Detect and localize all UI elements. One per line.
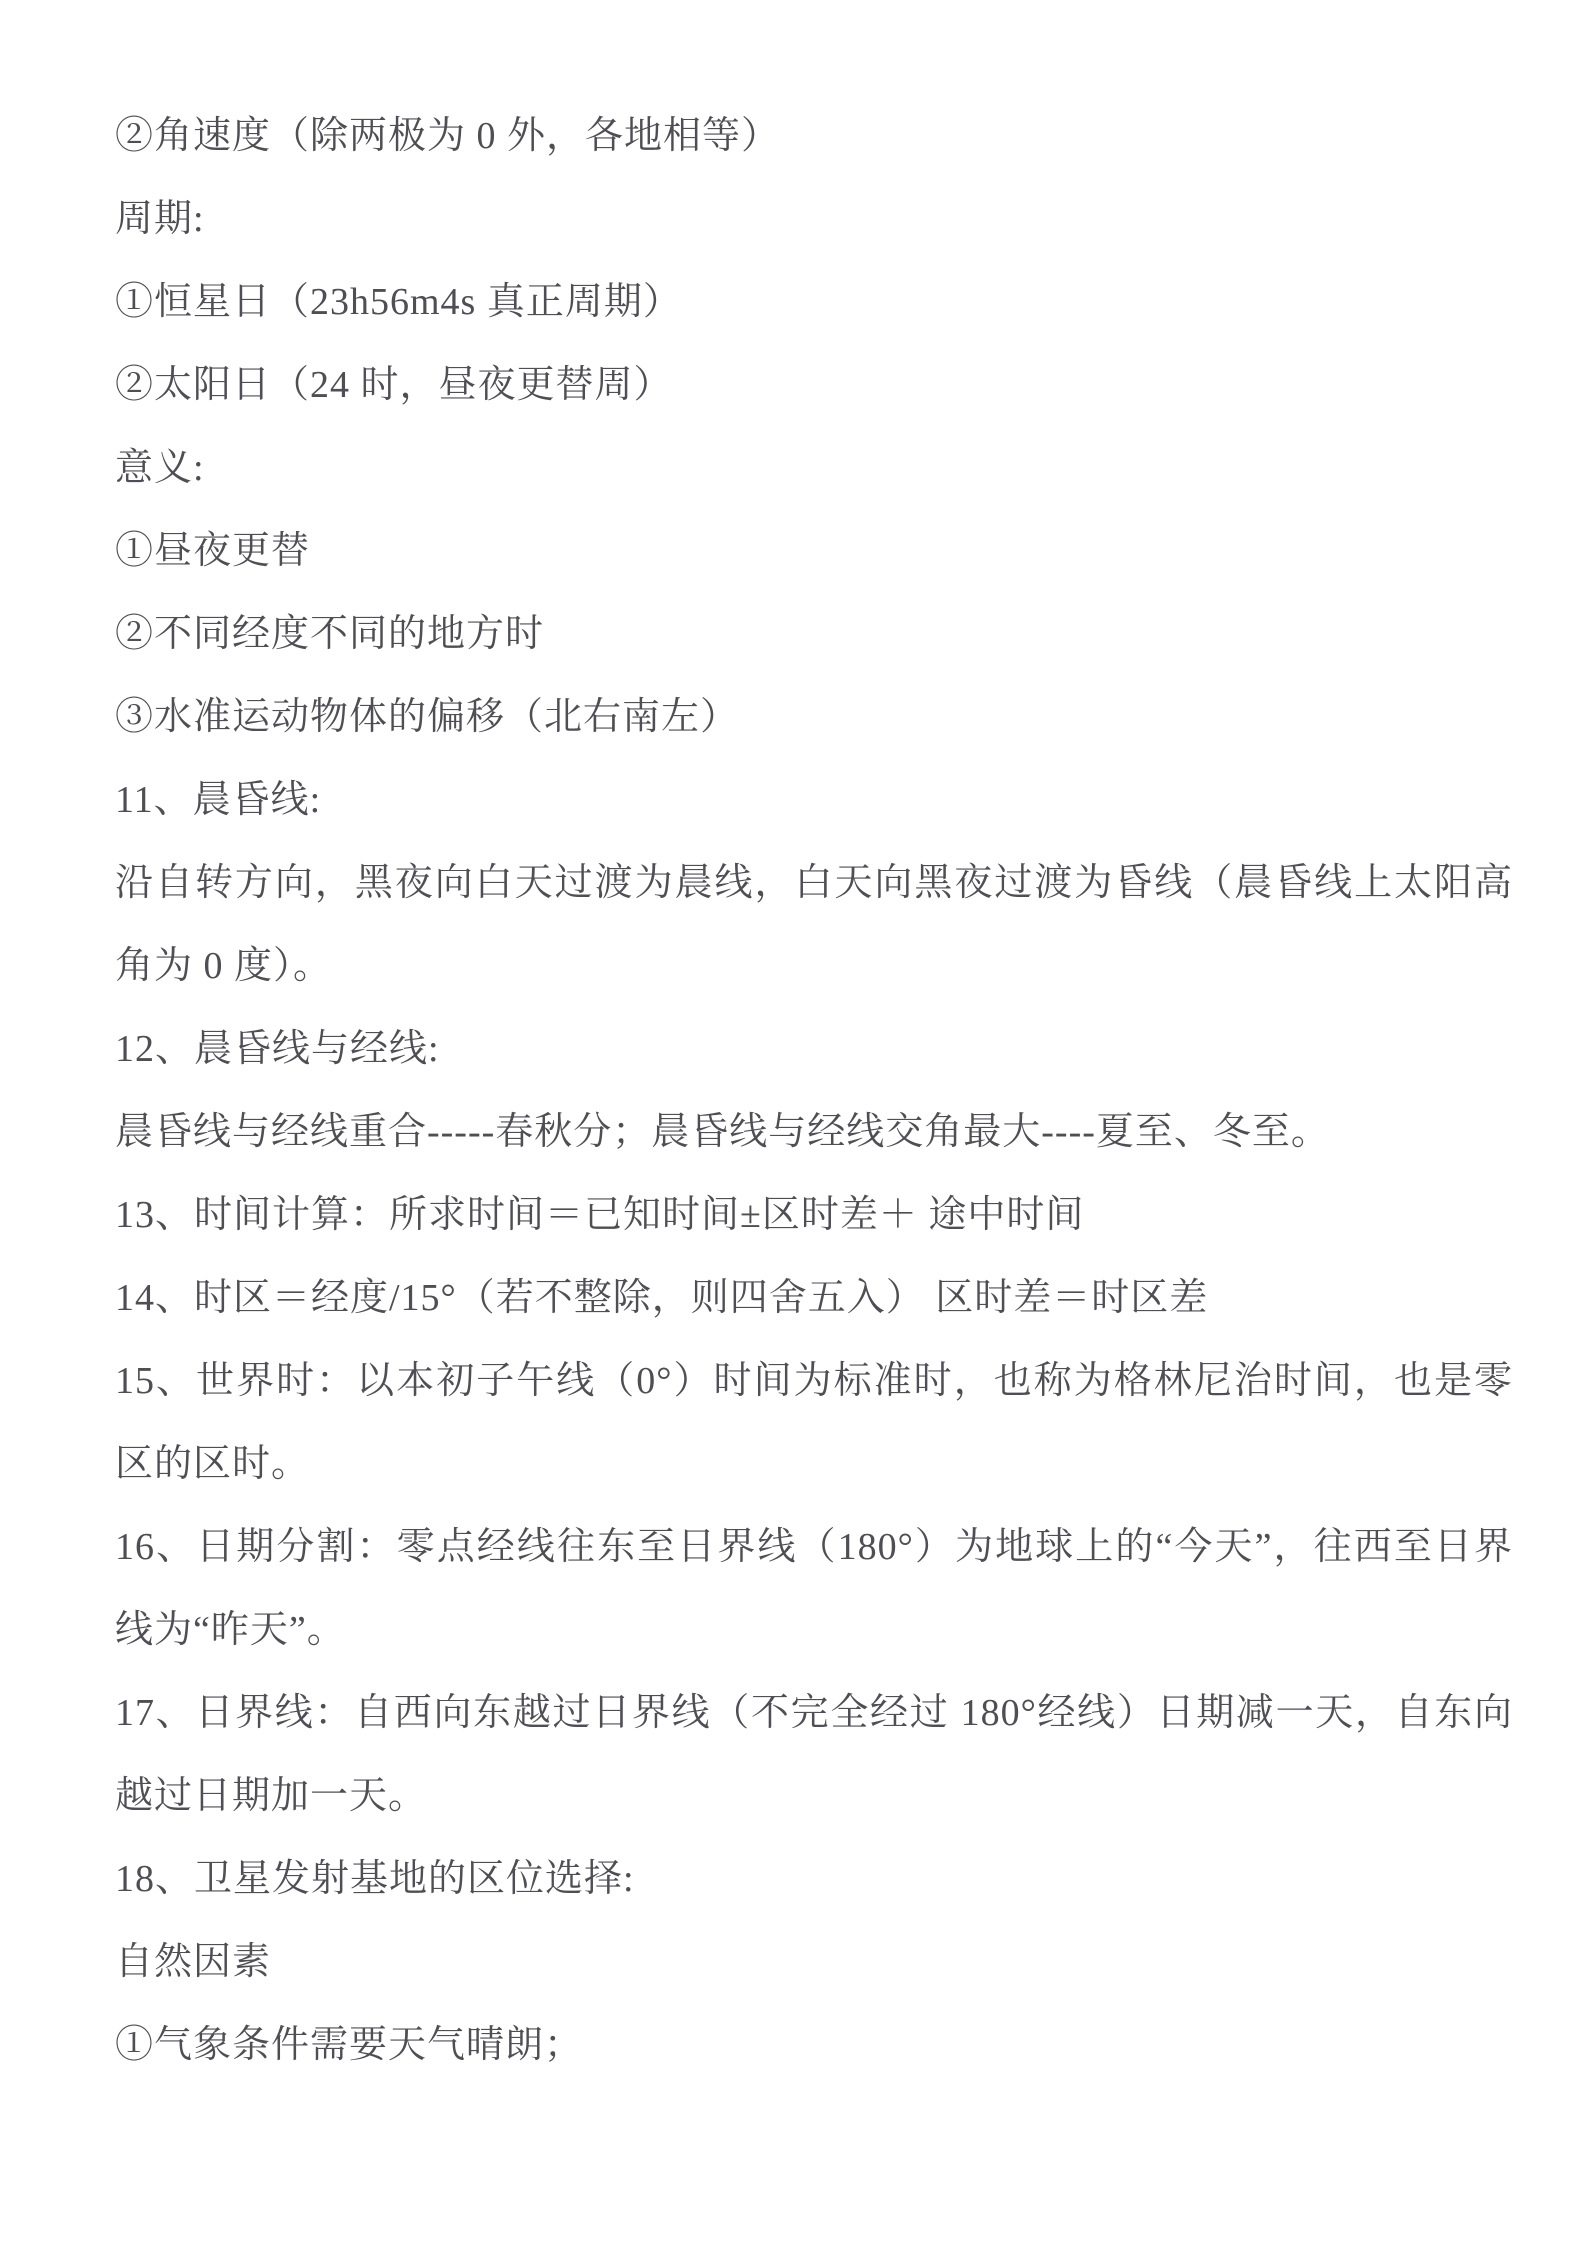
text-line: 线为“昨天”。 xyxy=(115,1589,1513,1672)
text-line: 区的区时。 xyxy=(115,1423,1513,1506)
text-line: 17、日界线：自西向东越过日界线（不完全经过 180°经线）日期减一天，自东向西 xyxy=(115,1672,1513,1755)
text-line: ①气象条件需要天气晴朗； xyxy=(115,2004,1513,2087)
text-line: ②太阳日（24 时，昼夜更替周） xyxy=(115,344,1513,427)
text-line: 晨昏线与经线重合-----春秋分；晨昏线与经线交角最大----夏至、冬至。 xyxy=(115,1091,1513,1174)
document-body: ②角速度（除两极为 0 外，各地相等）周期:①恒星日（23h56m4s 真正周期… xyxy=(115,95,1513,2087)
document-page: ②角速度（除两极为 0 外，各地相等）周期:①恒星日（23h56m4s 真正周期… xyxy=(0,0,1587,2245)
text-line: 18、卫星发射基地的区位选择: xyxy=(115,1838,1513,1921)
text-line: ①昼夜更替 xyxy=(115,510,1513,593)
text-line: 周期: xyxy=(115,178,1513,261)
text-line: 自然因素 xyxy=(115,1921,1513,2004)
text-line: 角为 0 度）。 xyxy=(115,925,1513,1008)
text-line: 11、晨昏线: xyxy=(115,759,1513,842)
text-line: 12、晨昏线与经线: xyxy=(115,1008,1513,1091)
text-line: 16、日期分割：零点经线往东至日界线（180°）为地球上的“今天”，往西至日界 xyxy=(115,1506,1513,1589)
text-line: 沿自转方向，黑夜向白天过渡为晨线，白天向黑夜过渡为昏线（晨昏线上太阳高度 xyxy=(115,842,1513,925)
text-line: 意义: xyxy=(115,427,1513,510)
text-line: ②不同经度不同的地方时 xyxy=(115,593,1513,676)
text-line: 13、时间计算：所求时间＝已知时间±区时差＋ 途中时间 xyxy=(115,1174,1513,1257)
text-line: ②角速度（除两极为 0 外，各地相等） xyxy=(115,95,1513,178)
text-line: 15、世界时：以本初子午线（0°）时间为标准时，也称为格林尼治时间，也是零时 xyxy=(115,1340,1513,1423)
text-line: 14、时区＝经度/15°（若不整除，则四舍五入） 区时差＝时区差 xyxy=(115,1257,1513,1340)
text-line: 越过日期加一天。 xyxy=(115,1755,1513,1838)
text-line: ①恒星日（23h56m4s 真正周期） xyxy=(115,261,1513,344)
text-line: ③水准运动物体的偏移（北右南左） xyxy=(115,676,1513,759)
